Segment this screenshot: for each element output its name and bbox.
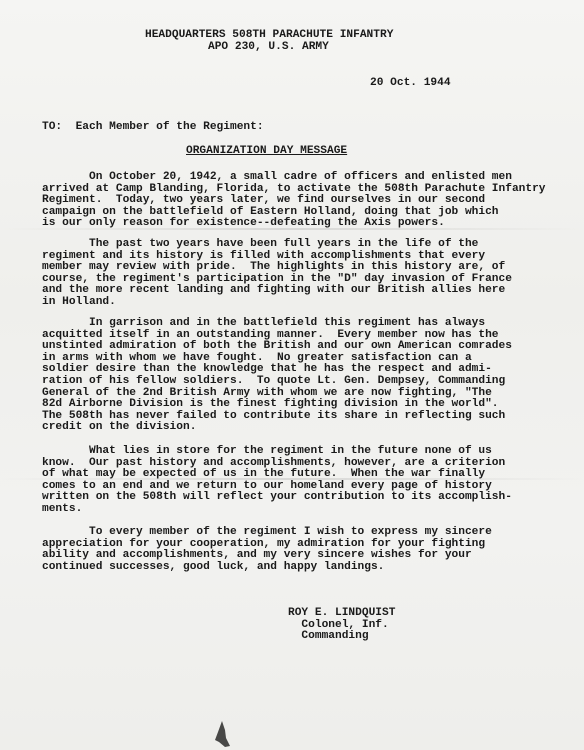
signature-block: ROY E. LINDQUIST Colonel, Inf. Commandin… — [288, 608, 395, 643]
paragraph-4: What lies in store for the regiment in t… — [42, 446, 512, 516]
document-title: ORGANIZATION DAY MESSAGE — [186, 146, 347, 158]
paragraph-3: In garrison and in the battlefield this … — [42, 318, 512, 434]
letter-date: 20 Oct. 1944 — [370, 78, 451, 90]
letterhead-line-2: APO 230, U.S. ARMY — [208, 42, 329, 54]
paragraph-2: The past two years have been full years … — [42, 239, 512, 309]
addressee-line: TO: Each Member of the Regiment: — [42, 122, 264, 134]
paragraph-1: On October 20, 1942, a small cadre of of… — [42, 172, 546, 230]
letterhead-line-1: HEADQUARTERS 508TH PARACHUTE INFANTRY — [145, 30, 393, 42]
document-page: HEADQUARTERS 508TH PARACHUTE INFANTRY AP… — [0, 0, 584, 750]
paragraph-5: To every member of the regiment I wish t… — [42, 527, 492, 573]
ink-blot-mark — [213, 720, 231, 748]
